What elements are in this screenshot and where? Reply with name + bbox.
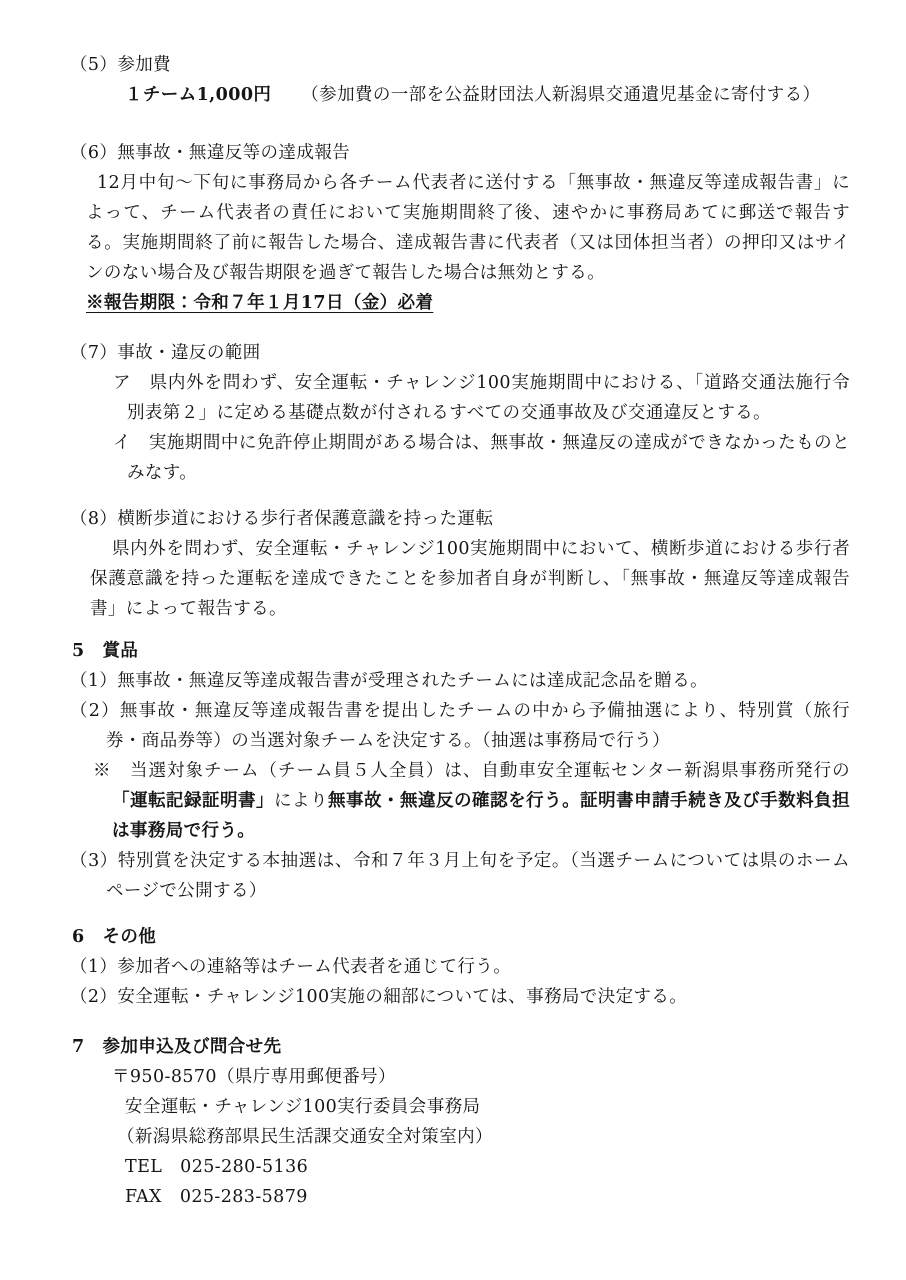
office-name: 安全運転・チャレンジ100実行委員会事務局: [70, 1092, 850, 1122]
item6-body: 12月中旬～下旬に事務局から各チーム代表者に送付する「無事故・無違反等達成報告書…: [70, 168, 850, 288]
item5-heading: （5）参加費: [70, 50, 850, 80]
document-page: （5）参加費 １チーム1,000円 （参加費の一部を公益財団法人新潟県交通遺児基…: [0, 0, 906, 1280]
section5-heading: 5 賞品: [72, 636, 850, 666]
lottery-note: ※ 当選対象チーム（チーム員５人全員）は、自動車安全運転センター新潟県事務所発行…: [70, 756, 850, 846]
postal-code: 〒950-8570（県庁専用郵便番号）: [70, 1062, 850, 1092]
lottery-note-middle: により: [274, 791, 328, 811]
report-deadline: ※報告期限：令和７年１月17日（金）必着: [70, 288, 850, 318]
item7-point-i: イ 実施期間中に免許停止期間がある場合は、無事故・無違反の達成ができなかったもの…: [70, 428, 850, 488]
lottery-note-prefix: ※ 当選対象チーム（チーム員５人全員）は、自動車安全運転センター新潟県事務所発行…: [93, 761, 850, 781]
item8-heading: （8）横断歩道における歩行者保護意識を持った運転: [70, 504, 850, 534]
item8-body: 県内外を問わず、安全運転・チャレンジ100実施期間中において、横断歩道における歩…: [70, 534, 850, 624]
office-location: （新潟県総務部県民生活課交通安全対策室内）: [70, 1122, 850, 1152]
section7-heading: 7 参加申込及び問合せ先: [72, 1032, 850, 1062]
other-item-1: （1）参加者への連絡等はチーム代表者を通じて行う。: [70, 952, 850, 982]
fee-note: （参加費の一部を公益財団法人新潟県交通遺児基金に寄付する）: [301, 85, 820, 105]
prize-item-2: （2）無事故・無違反等達成報告書を提出したチームの中から予備抽選により、特別賞（…: [70, 696, 850, 756]
item6-heading: （6）無事故・無違反等の達成報告: [70, 138, 850, 168]
item7-point-a: ア 県内外を問わず、安全運転・チャレンジ100実施期間中における、「道路交通法施…: [70, 368, 850, 428]
other-item-2: （2）安全運転・チャレンジ100実施の細部については、事務局で決定する。: [70, 982, 850, 1012]
fee-amount: １チーム1,000円: [125, 85, 271, 105]
item7-heading: （7）事故・違反の範囲: [70, 338, 850, 368]
tel-line: TEL 025-280-5136: [70, 1152, 850, 1182]
prize-item-3: （3）特別賞を決定する本抽選は、令和７年３月上旬を予定。（当選チームについては県…: [70, 846, 850, 906]
lottery-note-cert-bold: 「運転記録証明書」: [112, 791, 274, 811]
fax-line: FAX 025-283-5879: [70, 1182, 850, 1212]
section6-heading: 6 その他: [72, 922, 850, 952]
prize-item-1: （1）無事故・無違反等達成報告書が受理されたチームには達成記念品を贈る。: [70, 666, 850, 696]
fee-line: １チーム1,000円 （参加費の一部を公益財団法人新潟県交通遺児基金に寄付する）: [70, 80, 850, 110]
